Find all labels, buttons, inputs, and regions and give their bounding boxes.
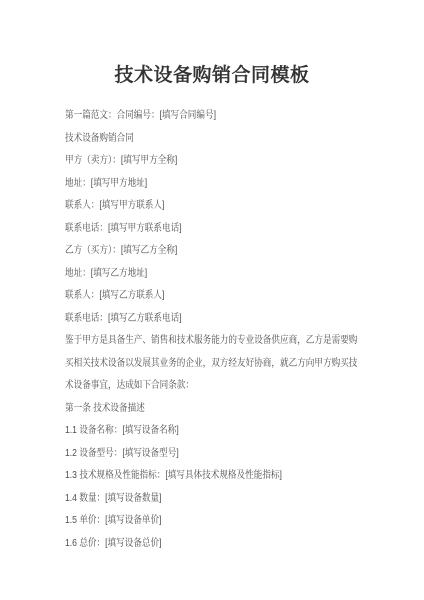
- doc-line-preamble-3: 术设备事宜，达成如下合同条款：: [65, 375, 374, 398]
- doc-line-party-b-address: 地址：[填写乙方地址]: [65, 263, 374, 286]
- doc-line-party-b-phone: 联系电话：[填写乙方联系电话]: [65, 308, 374, 331]
- doc-line-preamble-1: 鉴于甲方是具备生产、销售和技术服务能力的专业设备供应商，乙方是需要购: [65, 330, 374, 353]
- page-title: 技术设备购销合同模板: [0, 61, 424, 90]
- doc-line-party-a-phone: 联系电话：[填写甲方联系电话]: [65, 218, 374, 241]
- doc-line-party-a: 甲方（卖方）：[填写甲方全称]: [65, 150, 374, 173]
- doc-line-item-1-6: 1.6 总价：[填写设备总价]: [65, 533, 374, 556]
- doc-line-party-b-contact: 联系人：[填写乙方联系人]: [65, 285, 374, 308]
- doc-line-item-1-2: 1.2 设备型号：[填写设备型号]: [65, 443, 374, 466]
- doc-line-contract-number: 第一篇范文：合同编号：[填写合同编号]: [65, 105, 374, 128]
- doc-line-subtitle: 技术设备购销合同: [65, 128, 374, 151]
- document-body: 第一篇范文：合同编号：[填写合同编号] 技术设备购销合同 甲方（卖方）：[填写甲…: [0, 105, 424, 555]
- doc-line-item-1-1: 1.1 设备名称：[填写设备名称]: [65, 420, 374, 443]
- contract-document-page: 技术设备购销合同模板 第一篇范文：合同编号：[填写合同编号] 技术设备购销合同 …: [0, 0, 424, 600]
- doc-line-party-a-contact: 联系人：[填写甲方联系人]: [65, 195, 374, 218]
- doc-line-item-1-4: 1.4 数量：[填写设备数量]: [65, 488, 374, 511]
- doc-line-preamble-2: 买相关技术设备以发展其业务的企业，双方经友好协商，就乙方向甲方购买技: [65, 353, 374, 376]
- doc-line-article-1-heading: 第一条 技术设备描述: [65, 398, 374, 421]
- doc-line-party-b: 乙方（买方）：[填写乙方全称]: [65, 240, 374, 263]
- doc-line-item-1-5: 1.5 单价：[填写设备单价]: [65, 510, 374, 533]
- doc-line-party-a-address: 地址：[填写甲方地址]: [65, 173, 374, 196]
- doc-line-item-1-3: 1.3 技术规格及性能指标：[填写具体技术规格及性能指标]: [65, 465, 374, 488]
